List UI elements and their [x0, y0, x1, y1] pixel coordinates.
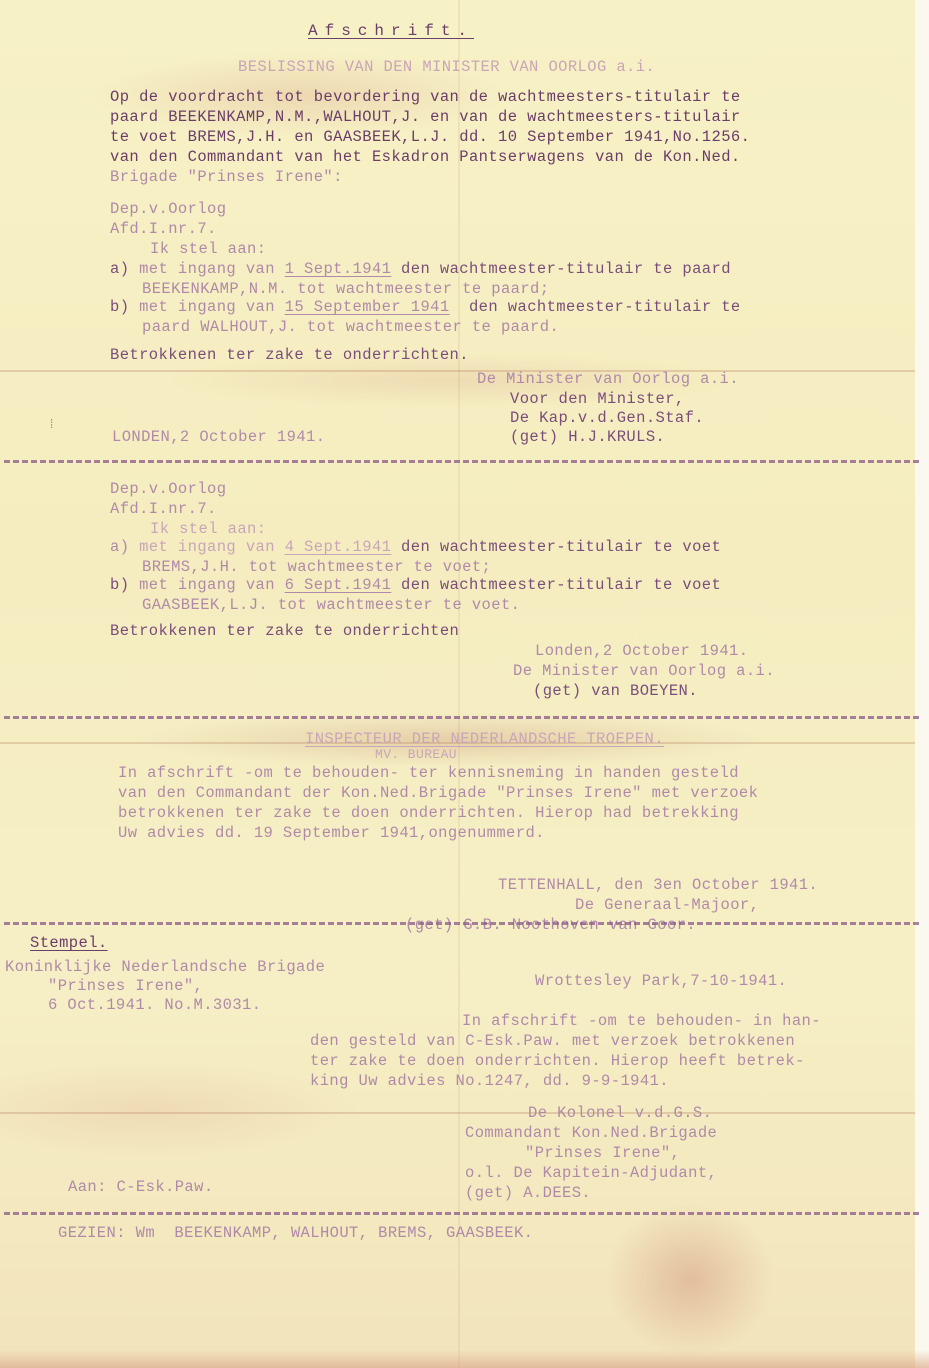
item-date: 1 Sept.1941 [285, 260, 392, 278]
document-page: Afschrift. BESLISSING VAN DEN MINISTER V… [0, 0, 929, 1368]
closing-line: Betrokkenen ter zake te onderrichten. [110, 346, 469, 365]
item-label: b) [110, 298, 129, 316]
item-label: a) [110, 260, 129, 278]
signature-line: De Kap.v.d.Gen.Staf. [510, 409, 704, 428]
paper-edge [0, 1350, 929, 1368]
item-text: met ingang van [139, 576, 285, 594]
item-text: met ingang van [139, 260, 285, 278]
addressee: Aan: C-Esk.Paw. [68, 1178, 214, 1197]
item-b-line2: GAASBEEK,L.J. tot wachtmeester te voet. [142, 596, 520, 615]
division: Afd.I.nr.7. [110, 220, 217, 239]
signature-line: De Generaal-Majoor, [575, 896, 759, 915]
signature-line: (get) A.DEES. [465, 1184, 591, 1203]
item-text: met ingang van [139, 538, 285, 556]
item-text: den wachtmeester-titulair te paard [391, 260, 731, 278]
fold-crease-vertical [458, 0, 460, 1368]
stamp-label: Stempel. [30, 934, 108, 953]
body-line: van den Commandant der Kon.Ned.Brigade "… [118, 784, 758, 803]
section-divider [4, 1212, 919, 1215]
intro: Ik stel aan: [150, 240, 266, 259]
document-title: Afschrift. [308, 22, 474, 41]
signature-line: "Prinses Irene", [525, 1144, 680, 1163]
section-divider [4, 716, 919, 719]
section-divider [4, 922, 919, 925]
signature-line: (get) G.B. Noothoven van Goor. [405, 916, 696, 935]
place-date: Wrottesley Park,7-10-1941. [535, 972, 787, 991]
item-text: den wachtmeester-titulair te voet [391, 576, 721, 594]
item-text: den wachtmeester-titulair te voet [391, 538, 721, 556]
stamp-line: 6 Oct.1941. No.M.3031. [48, 996, 261, 1015]
body-line: den gesteld van C-Esk.Paw. met verzoek b… [310, 1032, 795, 1051]
signature-line: De Minister van Oorlog a.i. [477, 370, 739, 389]
item-label: b) [110, 576, 129, 594]
item-a: a) met ingang van 1 Sept.1941 den wachtm… [110, 260, 731, 279]
body-line: betrokkenen ter zake te doen onderrichte… [118, 804, 739, 823]
body-line: Uw advies dd. 19 September 1941,ongenumm… [118, 824, 545, 843]
signature-line: Londen,2 October 1941. [535, 642, 748, 661]
signature-line: o.l. De Kapitein-Adjudant, [465, 1164, 717, 1183]
inspector-heading: INSPECTEUR DER NEDERLANDSCHE TROEPEN. [305, 730, 664, 749]
body-line: In afschrift -om te behouden- ter kennis… [118, 764, 739, 783]
item-a-line2: BREMS,J.H. tot wachtmeester te voet; [142, 558, 491, 577]
item-text: den wachtmeester-titulair te [450, 298, 741, 316]
margin-mark: ⁞ [48, 418, 55, 432]
paper-edge [915, 0, 929, 1368]
division: Afd.I.nr.7. [110, 500, 217, 519]
preamble-line: paard BEEKENKAMP,N.M.,WALHOUT,J. en van … [110, 108, 741, 127]
signature-line: Voor den Minister, [510, 390, 685, 409]
item-b-line2: paard WALHOUT,J. tot wachtmeester te paa… [142, 318, 559, 337]
department: Dep.v.Oorlog [110, 200, 226, 219]
signature-line: Commandant Kon.Ned.Brigade [465, 1124, 717, 1143]
item-b: b) met ingang van 6 Sept.1941 den wachtm… [110, 576, 721, 595]
item-text: met ingang van [139, 298, 285, 316]
seen-by-footer: GEZIEN: Wm BEEKENKAMP, WALHOUT, BREMS, G… [58, 1224, 533, 1243]
body-line: In afschrift -om te behouden- in han- [462, 1012, 821, 1031]
department: Dep.v.Oorlog [110, 480, 226, 499]
body-line: king Uw advies No.1247, dd. 9-9-1941. [310, 1072, 669, 1091]
item-a-line2: BEEKENKAMP,N.M. tot wachtmeester te paar… [142, 280, 549, 299]
decision-heading: BESLISSING VAN DEN MINISTER VAN OORLOG a… [238, 58, 655, 77]
preamble-line: van den Commandant van het Eskadron Pant… [110, 148, 741, 167]
preamble-line: te voet BREMS,J.H. en GAASBEEK,L.J. dd. … [110, 128, 750, 147]
item-b: b) met ingang van 15 September 1941 den … [110, 298, 741, 317]
closing-line: Betrokkenen ter zake te onderrichten [110, 622, 459, 641]
signature-line: (get) H.J.KRULS. [510, 428, 665, 447]
stamp-line: "Prinses Irene", [48, 977, 203, 996]
item-date: 6 Sept.1941 [285, 576, 392, 594]
intro: Ik stel aan: [150, 520, 266, 539]
item-date: 15 September 1941 [285, 298, 450, 316]
fold-crease [0, 1112, 929, 1114]
item-date: 4 Sept.1941 [285, 538, 392, 556]
item-a: a) met ingang van 4 Sept.1941 den wachtm… [110, 538, 721, 557]
signature-line: TETTENHALL, den 3en October 1941. [498, 876, 818, 895]
signature-line: De Kolonel v.d.G.S. [528, 1104, 712, 1123]
signature-line: De Minister van Oorlog a.i. [513, 662, 775, 681]
preamble-line: Brigade "Prinses Irene": [110, 168, 343, 187]
body-line: ter zake te doen onderrichten. Hierop he… [310, 1052, 805, 1071]
fold-crease [0, 370, 929, 372]
item-label: a) [110, 538, 129, 556]
section-divider [4, 460, 919, 463]
signature-line: (get) van BOEYEN. [533, 682, 698, 701]
stamp-line: Koninklijke Nederlandsche Brigade [5, 958, 325, 977]
preamble-line: Op de voordracht tot bevordering van de … [110, 88, 741, 107]
inspector-subheading: MV. BUREAU [375, 745, 457, 764]
place-date: LONDEN,2 October 1941. [112, 428, 325, 447]
